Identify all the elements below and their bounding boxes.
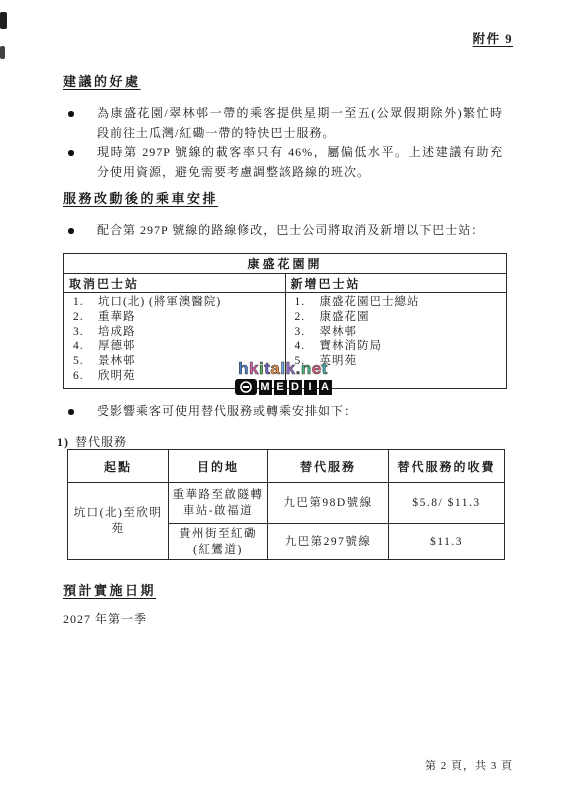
destination-cell: 貴州街至紅磡 (紅鸞道) <box>169 524 268 560</box>
list-number: 1) <box>57 435 69 449</box>
list-item: 1.康盛花園巴士總站 <box>286 295 507 310</box>
service-cell: 九巴第98D號線 <box>268 483 389 524</box>
watermark-media-letter: E <box>274 380 287 395</box>
bullet-text: 受影響乘客可使用替代服務或轉乘安排如下： <box>97 402 503 422</box>
service-cell: 九巴第297號線 <box>268 524 389 560</box>
watermark-site-text: hkitalk.net <box>238 360 328 378</box>
list-item: 4.寶林消防局 <box>286 339 507 354</box>
bullet-line: 現時第 297P 號線的載客率只有 46%，屬偏低水平。上述建議有助充 <box>97 143 503 163</box>
bullet-line: 配合第 297P 號線的路線修改，巴士公司將取消及新增以下巴士站： <box>97 221 503 241</box>
section-heading-implementation: 預計實施日期 <box>63 580 156 599</box>
item-number: 1. <box>64 295 98 310</box>
col-header-cancelled-stops: 取消巴士站 <box>64 274 286 293</box>
watermark-letter: h <box>238 359 249 378</box>
list-item: 3.培成路 <box>64 325 285 340</box>
bullet-text: 現時第 297P 號線的載客率只有 46%，屬偏低水平。上述建議有助充 分使用資… <box>97 143 503 182</box>
list-item: 3.翠林邨 <box>286 325 507 340</box>
watermark-media-row: MEDIA <box>235 379 332 395</box>
bullet-icon <box>68 111 74 117</box>
watermark-letter: k <box>249 359 259 378</box>
bullet-icon <box>68 228 74 234</box>
item-number: 4. <box>64 339 98 354</box>
bullet-line: 為康盛花園/翠林邨一帶的乘客提供星期一至五(公眾假期除外)繁忙時 <box>97 104 503 124</box>
col-header-added-stops: 新增巴士站 <box>285 274 507 293</box>
alt-service-label: 1)替代服務 <box>57 433 127 450</box>
document-page: 附件 9 建議的好處 為康盛花園/翠林邨一帶的乘客提供星期一至五(公眾假期除外)… <box>0 0 566 800</box>
list-item: 1.坑口(北) (將軍澳醫院) <box>64 295 285 310</box>
fare-cell: $11.3 <box>389 524 505 560</box>
watermark-letter: t <box>322 359 328 378</box>
watermark-media-letters: MEDIA <box>259 380 332 395</box>
stop-name: 康盛花園巴士總站 <box>320 295 507 310</box>
watermark-media-letter: I <box>304 380 317 395</box>
section-heading-arrangement: 服務改動後的乘車安排 <box>63 188 218 207</box>
stop-name: 重華路 <box>98 310 285 325</box>
fare-cell: $5.8/ $11.3 <box>389 483 505 524</box>
bullet-line: 分使用資源，避免需要考慮調整該路線的班次。 <box>97 163 503 183</box>
stop-name: 厚德邨 <box>98 339 285 354</box>
scan-artifact <box>0 46 5 59</box>
watermark-media-letter: D <box>289 380 302 395</box>
annex-label: 附件 9 <box>473 29 513 47</box>
watermark: hkitalk.net MEDIA <box>0 360 566 395</box>
section-heading-benefits: 建議的好處 <box>63 71 141 90</box>
col-header-alt-service: 替代服務 <box>268 450 389 483</box>
col-header-fare: 替代服務的收費 <box>389 450 505 483</box>
list-item: 4.厚德邨 <box>64 339 285 354</box>
bullet-icon <box>68 150 74 156</box>
alt-service-table: 起點 目的地 替代服務 替代服務的收費 坑口(北)至欣明 苑 重華路至啟隧轉 車… <box>67 449 505 560</box>
bullet-text: 配合第 297P 號線的路線修改，巴士公司將取消及新增以下巴士站： <box>97 221 503 241</box>
bullet-line: 受影響乘客可使用替代服務或轉乘安排如下： <box>97 402 503 422</box>
col-header-origin: 起點 <box>68 450 169 483</box>
implementation-date: 2027 年第一季 <box>63 610 147 627</box>
origin-cell: 坑口(北)至欣明 苑 <box>68 483 169 560</box>
watermark-letter: a <box>270 359 280 378</box>
alt-service-table-container: 起點 目的地 替代服務 替代服務的收費 坑口(北)至欣明 苑 重華路至啟隧轉 車… <box>67 449 505 560</box>
watermark-letter: e <box>312 359 322 378</box>
media-logo-icon <box>235 379 257 395</box>
list-item: 2.康盛花園 <box>286 310 507 325</box>
stop-name: 康盛花園 <box>320 310 507 325</box>
item-number: 3. <box>64 325 98 340</box>
bullet-icon <box>68 409 74 415</box>
watermark-media-letter: A <box>319 380 332 395</box>
alt-service-label-text: 替代服務 <box>75 435 127 449</box>
destination-cell: 重華路至啟隧轉 車站-啟福道 <box>169 483 268 524</box>
item-number: 2. <box>286 310 320 325</box>
item-number: 1. <box>286 295 320 310</box>
stop-name: 坑口(北) (將軍澳醫院) <box>98 295 285 310</box>
scan-artifact <box>0 12 7 29</box>
col-header-destination: 目的地 <box>169 450 268 483</box>
bullet-text: 為康盛花園/翠林邨一帶的乘客提供星期一至五(公眾假期除外)繁忙時 段前往土瓜灣/… <box>97 104 503 143</box>
item-number: 4. <box>286 339 320 354</box>
watermark-letter: n <box>301 359 312 378</box>
item-number: 2. <box>64 310 98 325</box>
item-number: 3. <box>286 325 320 340</box>
list-item: 2.重華路 <box>64 310 285 325</box>
page-number: 第 2 頁，共 3 頁 <box>425 757 513 773</box>
stops-table-title: 康盛花園開 <box>64 254 507 274</box>
bullet-line: 段前往土瓜灣/紅磡一帶的特快巴士服務。 <box>97 124 503 144</box>
stop-name: 寶林消防局 <box>320 339 507 354</box>
stop-name: 培成路 <box>98 325 285 340</box>
watermark-media-letter: M <box>259 380 272 395</box>
stop-name: 翠林邨 <box>320 325 507 340</box>
watermark-letter: k <box>286 359 296 378</box>
